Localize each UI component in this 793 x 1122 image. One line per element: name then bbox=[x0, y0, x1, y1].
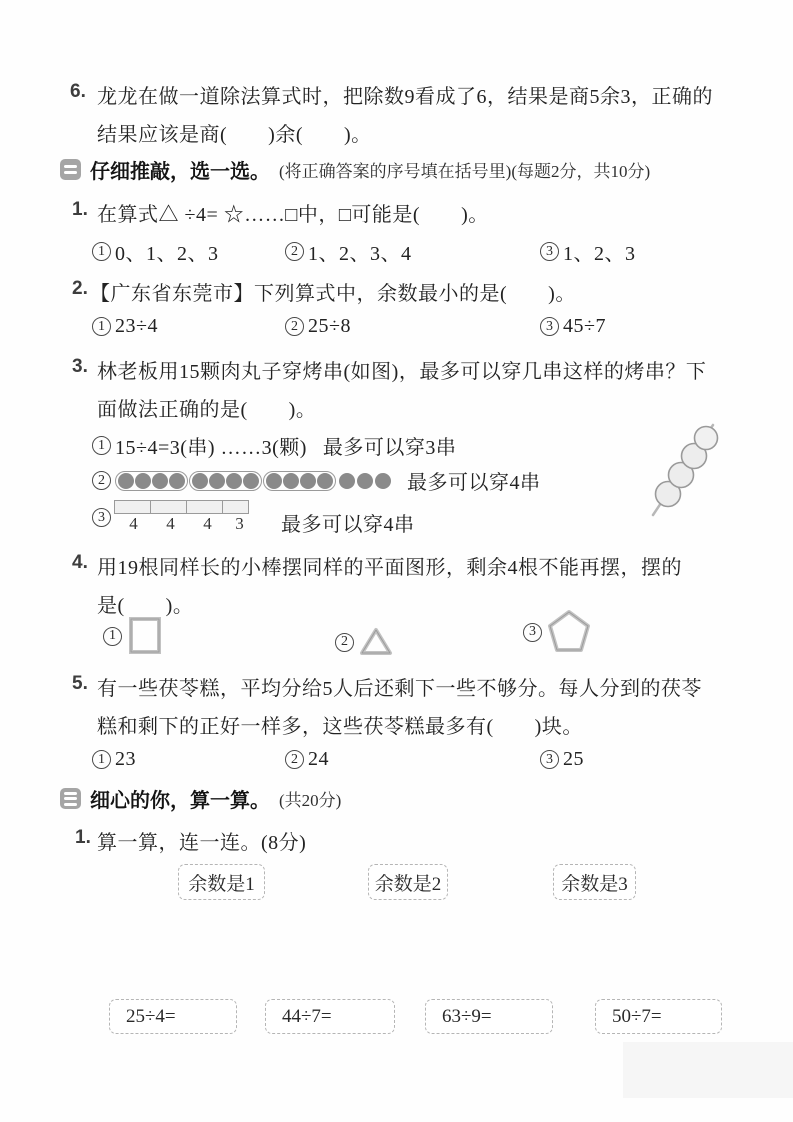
calc-sub1-number: 1. bbox=[75, 827, 91, 849]
section-choose-title: 仔细推敲，选一选。 bbox=[90, 155, 270, 184]
q2-option-3-label: 45÷7 bbox=[563, 315, 606, 338]
q5-option-1-label: 23 bbox=[115, 748, 136, 771]
circled-2-icon: 2 bbox=[92, 471, 111, 490]
q2-option-3: 3 45÷7 bbox=[540, 315, 606, 338]
triangle-shape-icon bbox=[358, 626, 394, 658]
q1-option-2-label: 1、2、3、4 bbox=[308, 237, 412, 266]
q3-option-1-caption: 最多可以穿3串 bbox=[323, 431, 457, 460]
q5-option-3-label: 25 bbox=[563, 748, 584, 771]
question-6-number: 6. bbox=[70, 81, 86, 103]
q2-text: 【广东省东莞市】下列算式中，余数最小的是( )。 bbox=[90, 277, 576, 306]
section-calc-title: 细心的你，算一算。 bbox=[90, 784, 270, 813]
circled-2-icon: 2 bbox=[285, 750, 304, 769]
meatball-dots-diagram bbox=[115, 471, 391, 491]
q3-number: 3. bbox=[72, 356, 88, 378]
q1-option-3-label: 1、2、3 bbox=[563, 237, 636, 266]
q1-option-3: 3 1、2、3 bbox=[540, 237, 636, 266]
bar-label: 4 bbox=[115, 514, 152, 534]
q5-line1: 有一些茯苓糕，平均分给5人后还剩下一些不够分。每人分到的茯苓 bbox=[97, 672, 702, 701]
expression-box-3: 63÷9= bbox=[425, 999, 553, 1034]
loose-dot bbox=[375, 473, 391, 489]
loose-dot bbox=[357, 473, 373, 489]
circled-2-icon: 2 bbox=[335, 633, 354, 652]
bar-label: 4 bbox=[152, 514, 189, 534]
expression-box-2: 44÷7= bbox=[265, 999, 395, 1034]
q3-option-2-caption: 最多可以穿4串 bbox=[407, 466, 541, 495]
q2-option-2: 2 25÷8 bbox=[285, 315, 351, 338]
section-calc-note: (共20分) bbox=[279, 786, 341, 811]
q4-line1: 用19根同样长的小棒摆同样的平面图形，剩余4根不能再摆，摆的 bbox=[97, 551, 682, 580]
remainder-box-3: 余数是3 bbox=[553, 864, 636, 900]
q5-option-2: 2 24 bbox=[285, 748, 329, 771]
q5-line2: 糕和剩下的正好一样多，这些茯苓糕最多有( )块。 bbox=[97, 710, 583, 739]
circled-1-icon: 1 bbox=[92, 750, 111, 769]
q4-option-2: 2 bbox=[335, 626, 394, 658]
q2-option-1-label: 23÷4 bbox=[115, 315, 158, 338]
q3-option-1: 1 15÷4=3(串) ……3(颗) 最多可以穿3串 bbox=[92, 431, 456, 460]
section-three-icon bbox=[60, 788, 81, 809]
remainder-box-1: 余数是1 bbox=[178, 864, 265, 900]
q1-option-2: 2 1、2、3、4 bbox=[285, 237, 412, 266]
bar-label: 3 bbox=[226, 514, 253, 534]
q3-option-1-expression: 15÷4=3(串) ……3(颗) bbox=[115, 431, 307, 460]
section-two-icon bbox=[60, 159, 81, 180]
circled-3-icon: 3 bbox=[540, 750, 559, 769]
q5-number: 5. bbox=[72, 673, 88, 695]
dot-group bbox=[115, 471, 188, 491]
circled-3-icon: 3 bbox=[540, 317, 559, 336]
pentagon-shape-icon bbox=[546, 608, 592, 656]
section-choose-note: (将正确答案的序号填在括号里)(每题2分，共10分) bbox=[279, 157, 650, 182]
circled-3-icon: 3 bbox=[92, 508, 111, 527]
section-choose-header: 仔细推敲，选一选。 (将正确答案的序号填在括号里)(每题2分，共10分) bbox=[60, 155, 650, 184]
scan-artifact bbox=[623, 1042, 793, 1098]
worksheet-page: 6. 龙龙在做一道除法算式时，把除数9看成了6，结果是商5余3，正确的 结果应该… bbox=[0, 0, 793, 1122]
square-shape-icon bbox=[126, 614, 164, 658]
question-6-line2: 结果应该是商( )余( )。 bbox=[97, 118, 372, 147]
q5-option-2-label: 24 bbox=[308, 748, 329, 771]
dot-group bbox=[263, 471, 336, 491]
section-calc-header: 细心的你，算一算。 (共20分) bbox=[60, 784, 341, 813]
question-6-line1: 龙龙在做一道除法算式时，把除数9看成了6，结果是商5余3，正确的 bbox=[97, 80, 713, 109]
circled-2-icon: 2 bbox=[285, 242, 304, 261]
circled-1-icon: 1 bbox=[92, 317, 111, 336]
bar-label: 4 bbox=[189, 514, 226, 534]
bar-diagram: 4 4 4 3 bbox=[115, 500, 253, 534]
q2-option-2-label: 25÷8 bbox=[308, 315, 351, 338]
circled-3-icon: 3 bbox=[523, 623, 542, 642]
circled-3-icon: 3 bbox=[540, 242, 559, 261]
expression-box-1: 25÷4= bbox=[109, 999, 237, 1034]
dot-group bbox=[189, 471, 262, 491]
q1-option-1-label: 0、1、2、3 bbox=[115, 237, 219, 266]
q1-number: 1. bbox=[72, 199, 88, 221]
q5-option-3: 3 25 bbox=[540, 748, 584, 771]
bar-labels: 4 4 4 3 bbox=[115, 514, 253, 534]
calc-sub1-text: 算一算，连一连。(8分) bbox=[97, 826, 306, 855]
bar-segments bbox=[115, 500, 253, 514]
circled-2-icon: 2 bbox=[285, 317, 304, 336]
remainder-box-2: 余数是2 bbox=[368, 864, 448, 900]
circled-1-icon: 1 bbox=[92, 436, 111, 455]
meatball-skewer-illustration bbox=[645, 413, 733, 521]
q3-option-3-caption: 最多可以穿4串 bbox=[281, 508, 415, 537]
q2-option-1: 1 23÷4 bbox=[92, 315, 158, 338]
q3-option-2: 2 最多可以穿4串 bbox=[92, 466, 541, 495]
q3-line1: 林老板用15颗肉丸子穿烤串(如图)，最多可以穿几串这样的烤串？下 bbox=[97, 355, 706, 384]
circled-1-icon: 1 bbox=[103, 627, 122, 646]
q4-option-1: 1 bbox=[103, 614, 164, 658]
q2-number: 2. bbox=[72, 278, 88, 300]
q1-text: 在算式△ ÷4= ☆……□中，□可能是( )。 bbox=[97, 198, 489, 227]
expression-box-4: 50÷7= bbox=[595, 999, 722, 1034]
q4-option-3: 3 bbox=[523, 608, 592, 656]
circled-1-icon: 1 bbox=[92, 242, 111, 261]
q5-option-1: 1 23 bbox=[92, 748, 136, 771]
q1-option-1: 1 0、1、2、3 bbox=[92, 237, 219, 266]
q3-option-3: 3 4 4 4 3 最多可以穿4串 bbox=[92, 500, 415, 537]
q3-line2: 面做法正确的是( )。 bbox=[97, 393, 316, 422]
q4-number: 4. bbox=[72, 552, 88, 574]
loose-dot bbox=[339, 473, 355, 489]
